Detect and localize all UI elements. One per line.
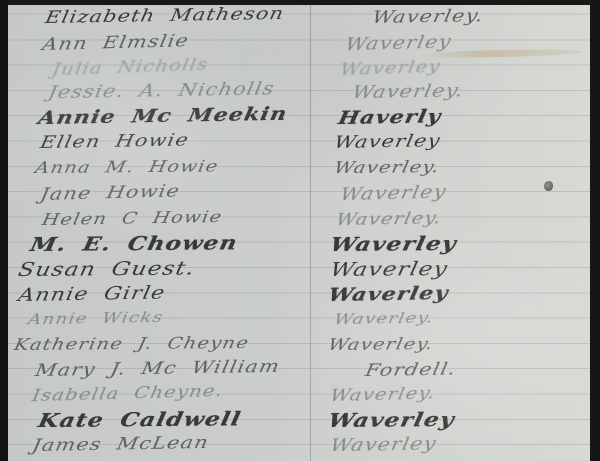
scanned-register-page: Elizabeth MathesonWaverley.Ann ElmslieWa… [0,0,600,461]
residence-name: Waverley [326,283,450,306]
signature-name: M. E. Chowen [28,232,240,256]
scan-edge-right [590,0,600,461]
register-row: M. E. ChowenWaverley [8,234,590,261]
signature-name: Ellen Howie [38,130,190,153]
signature-name: Ann Elmslie [41,31,191,55]
residence-name: Fordell. [363,359,458,381]
signature-name: Annie Girle [16,282,167,306]
residence-name: Haverly [336,106,443,129]
residence-name: Waverley [344,32,454,55]
ledger-paper: Elizabeth MathesonWaverley.Ann ElmslieWa… [8,5,590,461]
residence-name: Waverley [328,434,438,456]
residence-name: Waverley [328,233,459,256]
residence-name: Waverley [339,182,449,205]
register-row: Jane HowieWaverley [8,185,590,212]
signature-name: Susan Guest. [16,257,197,281]
signature-name: Katherine J. Cheyne [12,333,251,354]
register-row: Katherine J. CheyneWaverley. [8,335,590,362]
signature-name: Jessie. A. Nicholls [46,79,276,103]
register-row: Jessie. A. NichollsWaverley. [8,83,590,110]
residence-name: Waverley. [350,81,465,103]
residence-name: Waverley [332,131,442,153]
register-row: Anna M. HowieWaverley. [8,158,590,185]
signature-name: Anna M. Howie [33,156,220,177]
residence-name: Waverley. [335,208,444,229]
signature-name: Mary J. Mc William [33,357,281,381]
residence-name: Waverley. [329,383,438,405]
residence-name: Waverley. [370,6,485,28]
signature-name: James McLean [30,433,210,456]
signature-name: Jane Howie [39,181,182,205]
residence-name: Waverley [326,409,457,432]
register-row: Annie Mc MeekinHaverly [8,108,590,135]
residence-name: Waverley [339,56,443,79]
register-row: Annie WicksWaverley. [8,310,590,337]
register-row: James McLeanWaverley [8,436,590,461]
residence-name: Waverley [328,258,450,281]
scan-edge-left [0,0,8,461]
residence-name: Waverley. [332,157,441,177]
signature-name: Elizabeth Matheson [43,4,286,28]
register-row: Ellen HowieWaverley [8,133,590,160]
register-rows: Elizabeth MathesonWaverley.Ann ElmslieWa… [8,5,590,461]
signature-name: Isabella Cheyne. [31,381,225,405]
residence-name: Waverley. [326,334,435,354]
register-row: Elizabeth MathesonWaverley. [8,8,590,35]
signature-name: Kate Caldwell [36,408,243,432]
signature-name: Annie Wicks [27,308,166,328]
register-row: Kate CaldwellWaverley [8,410,590,437]
residence-name: Waverley. [333,308,436,328]
signature-name: Helen C Howie [41,207,225,229]
register-row: Susan Guest.Waverley [8,259,590,286]
signature-name: Annie Mc Meekin [36,104,289,129]
